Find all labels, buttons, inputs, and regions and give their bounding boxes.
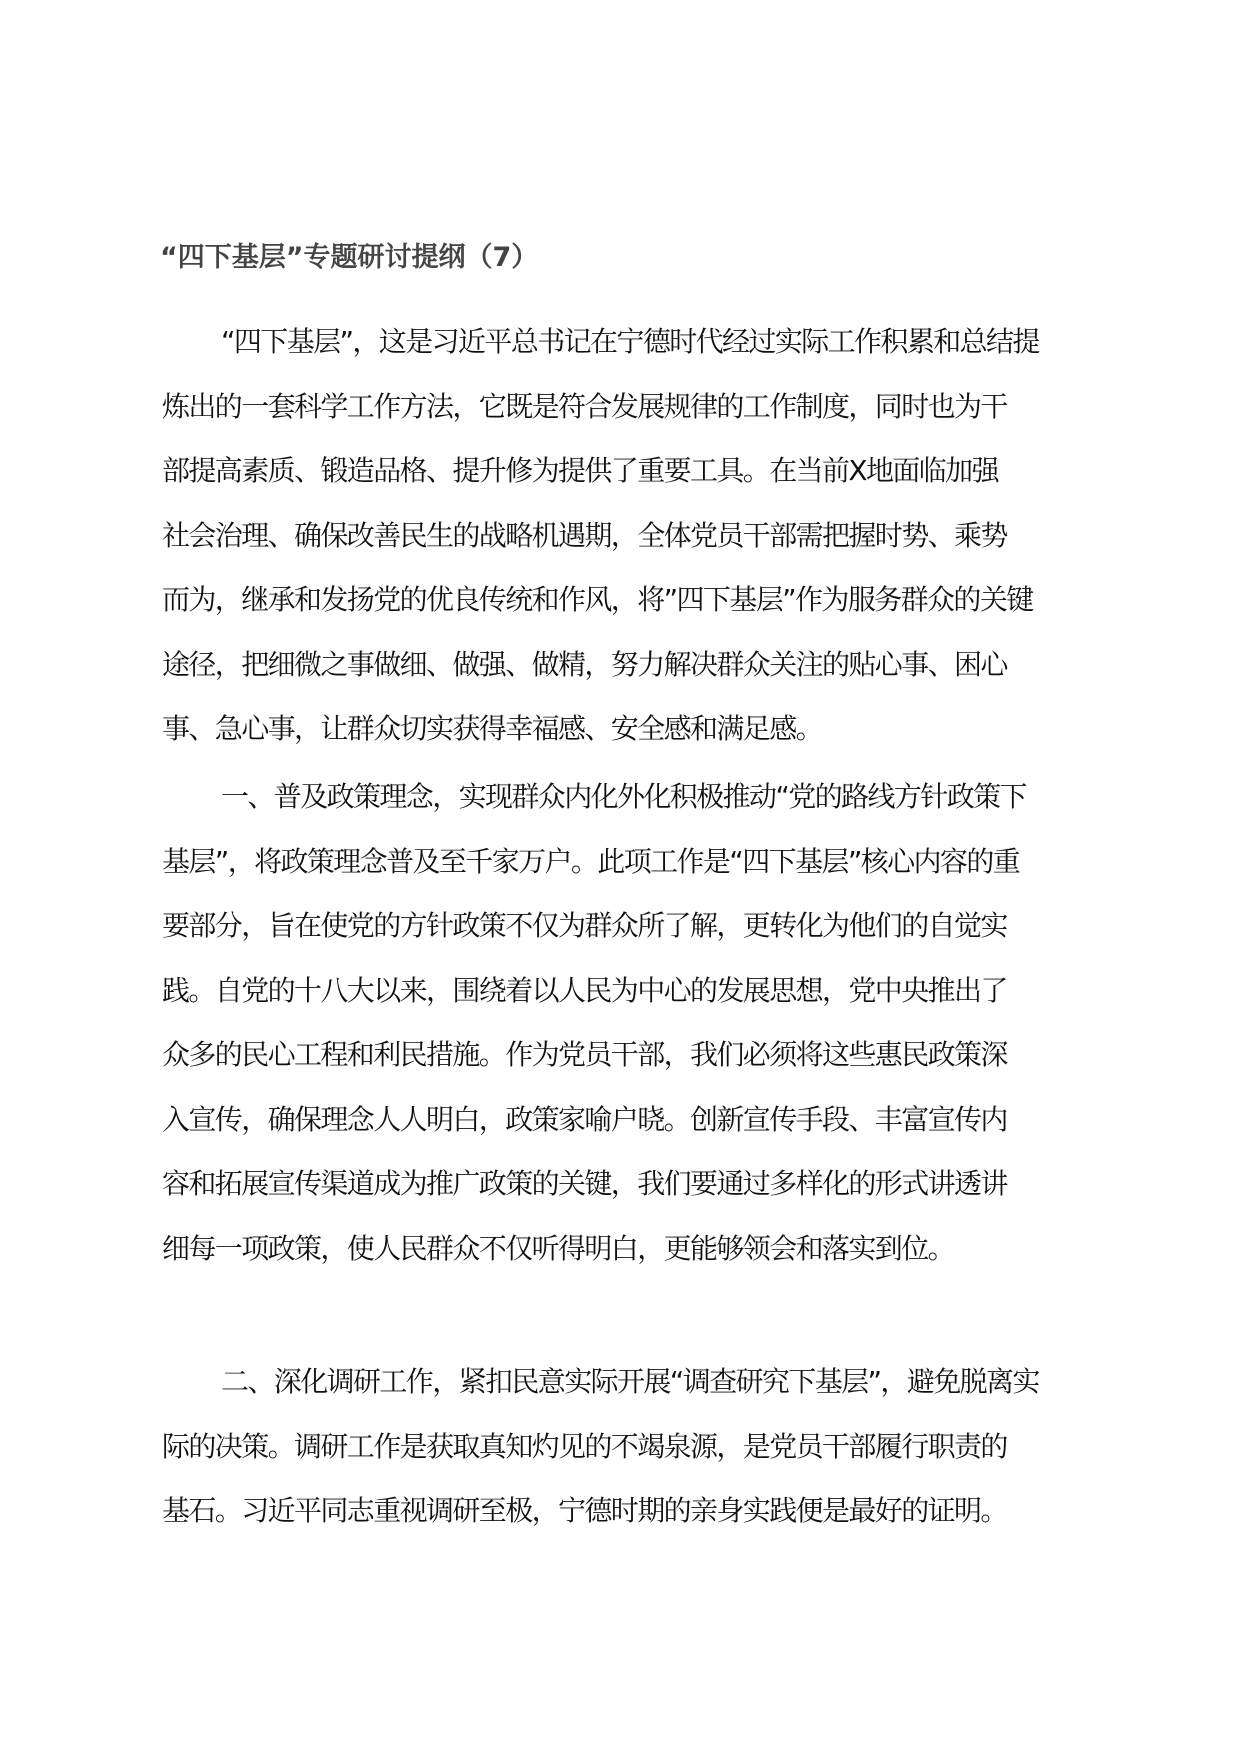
text-line: 基石。习近平同志重视调研至极，宁德时期的亲身实践便是最好的证明。	[162, 1479, 1039, 1544]
paragraph-section-1: 一、普及政策理念，实现群众内化外化积极推动“党的路线方针政策下 基层”，将政策理…	[162, 765, 1026, 1281]
text-line: 事、急心事，让群众切实获得幸福感、安全感和满足感。	[162, 697, 1039, 762]
document-title: “四下基层”专题研讨提纲（7）	[160, 240, 538, 276]
text-line: 而为，继承和发扬党的优良传统和作风，将”四下基层”作为服务群众的关键	[162, 568, 1039, 633]
text-line: 践。自党的十八大以来，围绕着以人民为中心的发展思想，党中央推出了	[162, 959, 1026, 1024]
paragraph-section-2: 二、深化调研工作，紧扣民意实际开展“调查研究下基层”，避免脱离实 际的决策。调研…	[162, 1350, 1039, 1544]
text-line: “四下基层”，这是习近平总书记在宁德时代经过实际工作积累和总结提	[162, 310, 1039, 375]
text-line: 要部分，旨在使党的方针政策不仅为群众所了解，更转化为他们的自觉实	[162, 894, 1026, 959]
text-line: 炼出的一套科学工作方法，它既是符合发展规律的工作制度，同时也为干	[162, 375, 1039, 440]
section-heading-line: 一、普及政策理念，实现群众内化外化积极推动“党的路线方针政策下	[162, 765, 1026, 830]
text-line: 细每一项政策，使人民群众不仅听得明白，更能够领会和落实到位。	[162, 1217, 1026, 1282]
text-line: 容和拓展宣传渠道成为推广政策的关键，我们要通过多样化的形式讲透讲	[162, 1152, 1026, 1217]
text-line: 社会治理、确保改善民生的战略机遇期，全体党员干部需把握时势、乘势	[162, 504, 1039, 569]
paragraph-intro: “四下基层”，这是习近平总书记在宁德时代经过实际工作积累和总结提 炼出的一套科学…	[162, 310, 1039, 762]
text-line: 基层”，将政策理念普及至千家万户。此项工作是“四下基层”核心内容的重	[162, 830, 1026, 895]
text-line: 际的决策。调研工作是获取真知灼见的不竭泉源，是党员干部履行职责的	[162, 1415, 1039, 1480]
text-line: 途径，把细微之事做细、做强、做精，努力解决群众关注的贴心事、困心	[162, 633, 1039, 698]
text-line: 部提高素质、锻造品格、提升修为提供了重要工具。在当前X地面临加强	[162, 439, 1039, 504]
document-page: “四下基层”专题研讨提纲（7） “四下基层”，这是习近平总书记在宁德时代经过实际…	[0, 0, 1240, 1754]
section-heading-line: 二、深化调研工作，紧扣民意实际开展“调查研究下基层”，避免脱离实	[162, 1350, 1039, 1415]
text-line: 入宣传，确保理念人人明白，政策家喻户晓。创新宣传手段、丰富宣传内	[162, 1088, 1026, 1153]
text-line: 众多的民心工程和利民措施。作为党员干部，我们必须将这些惠民政策深	[162, 1023, 1026, 1088]
